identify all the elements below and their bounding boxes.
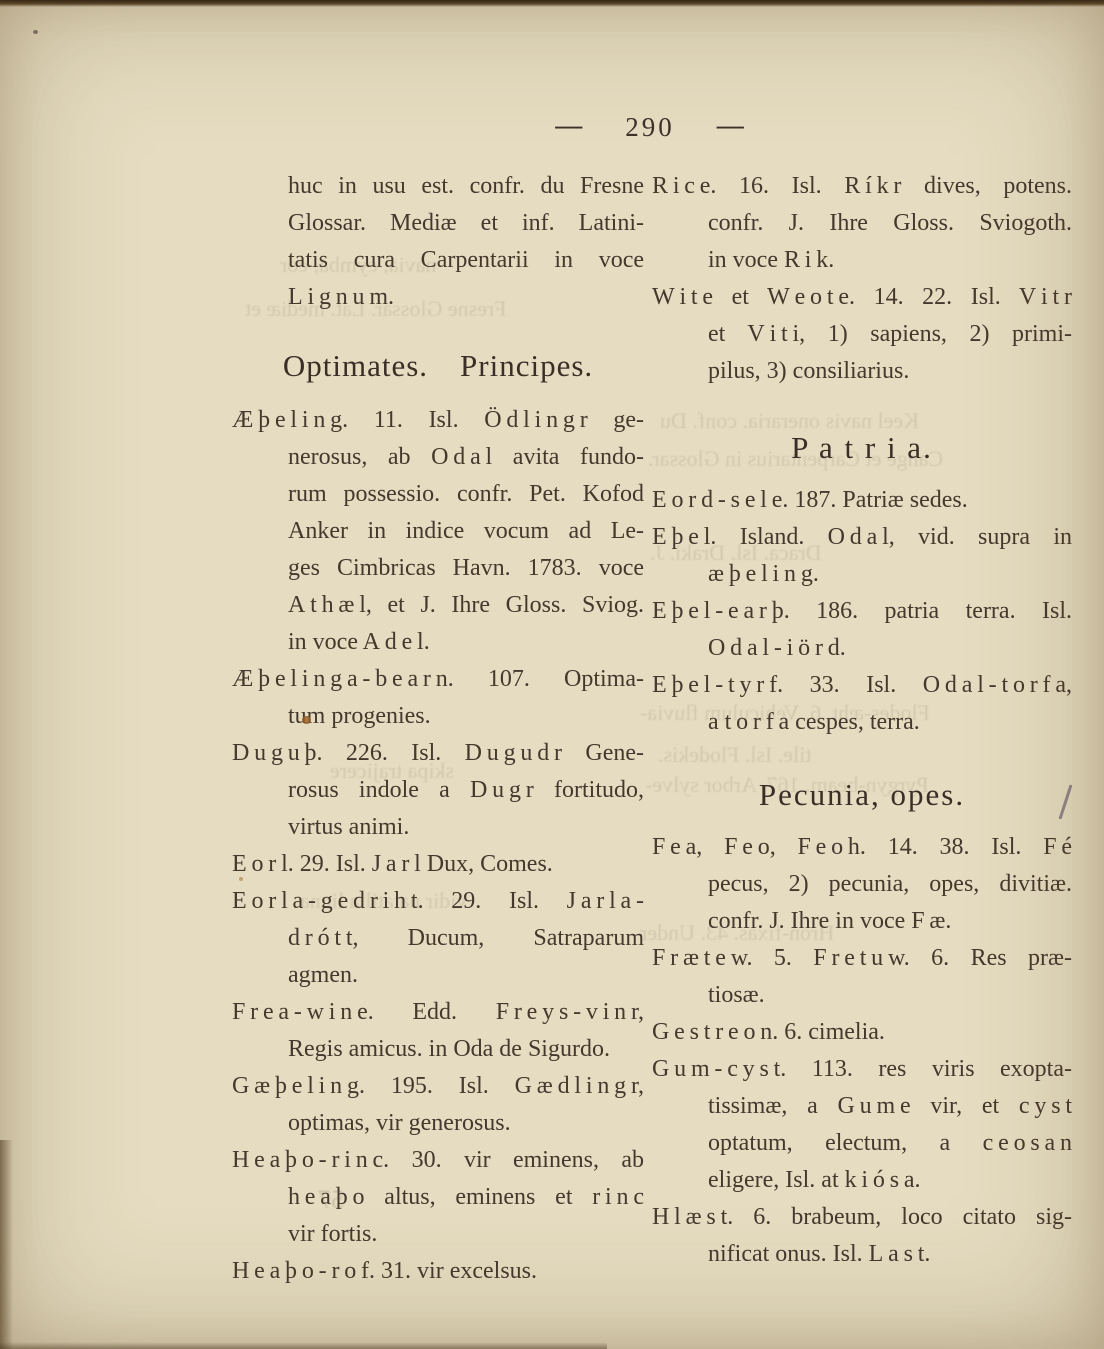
glossary-entry: G u m - c y s t. 113. res viris exopta-t… <box>652 1051 1072 1199</box>
entry-headword-line: Æ þ e l i n g a - b e a r n. 107. Optima… <box>232 661 644 698</box>
entry-continuation-line: et V i t i, 1) sapiens, 2) primi- <box>708 316 1072 353</box>
glossary-entry: G e s t r e o n. 6. cimelia. <box>652 1014 1072 1051</box>
right-column: R i c e. 16. Isl. R í k r dives, potens.… <box>652 168 1072 1273</box>
entry-continuation-line: optimas, vir generosus. <box>288 1105 644 1142</box>
entry-headword-line: E þ e l - t y r f. 33. Isl. O d a l - t … <box>652 667 1072 704</box>
entry-continuation-line: pilus, 3) consiliarius. <box>708 353 1072 390</box>
entry-headword-line: G e s t r e o n. 6. cimelia. <box>652 1014 1072 1051</box>
entry-headword-line: W i t e et W e o t e. 14. 22. Isl. V i t… <box>652 279 1072 316</box>
glossary-entry: E þ e l. Island. O d a l, vid. supra inæ… <box>652 519 1072 593</box>
glossary-entry: R i c e. 16. Isl. R í k r dives, potens.… <box>652 168 1072 279</box>
scan-left-edge <box>0 1140 13 1349</box>
entries-patria: E o r d - s e l e. 187. Patriæ sedes.E þ… <box>652 482 1072 741</box>
entry-continuation-line: confr. J. Ihre Gloss. Sviogoth. <box>708 205 1072 242</box>
section-heading-optimates: Optimates. Principes. <box>232 346 644 386</box>
text-line: Glossar. Mediæ et inf. Latini- <box>288 205 644 242</box>
text-line: tatis cura Carpentarii in voce <box>288 242 644 279</box>
scan-bottom-edge <box>0 1342 607 1349</box>
left-column: huc in usu est. confr. du FresneGlossar.… <box>232 168 644 1290</box>
entry-continuation-line: optatum, electum, a c e o s a n <box>708 1125 1072 1162</box>
entry-continuation-line: h e a þ o altus, eminens et r i n c <box>288 1179 644 1216</box>
glossary-entry: G æ þ e l i n g. 195. Isl. G æ d l i n g… <box>232 1068 644 1142</box>
entries-optimates: Æ þ e l i n g. 11. Isl. Ö d l i n g r ge… <box>232 402 644 1290</box>
carryover-paragraph: huc in usu est. confr. du FresneGlossar.… <box>232 168 644 316</box>
header-rule-left: — <box>555 110 583 141</box>
entry-continuation-line: O d a l - i ö r d. <box>708 630 1072 667</box>
entry-headword-line: R i c e. 16. Isl. R í k r dives, potens. <box>652 168 1072 205</box>
entry-continuation-line: æ þ e l i n g. <box>708 556 1072 593</box>
glossary-entry: E þ e l - t y r f. 33. Isl. O d a l - t … <box>652 667 1072 741</box>
entry-headword-line: F e a, F e o, F e o h. 14. 38. Isl. F é <box>652 829 1072 866</box>
entry-continuation-line: vir fortis. <box>288 1216 644 1253</box>
entry-continuation-line: agmen. <box>288 957 644 994</box>
entry-headword-line: E o r l. 29. Isl. J a r l Dux, Comes. <box>232 846 644 883</box>
entry-headword-line: H e a þ o - r i n c. 30. vir eminens, ab <box>232 1142 644 1179</box>
section-heading-pecunia: Pecunia, opes. <box>652 775 1072 815</box>
entry-continuation-line: rum possessio. confr. Pet. Kofod <box>288 476 644 513</box>
glossary-entry: W i t e et W e o t e. 14. 22. Isl. V i t… <box>652 279 1072 390</box>
page-header: —290— <box>440 112 860 143</box>
entry-continuation-line: confr. J. Ihre in voce F æ. <box>708 903 1072 940</box>
section-heading-patria: P a t r i a. <box>652 428 1072 468</box>
text-line: huc in usu est. confr. du Fresne <box>288 168 644 205</box>
page-number: 290 <box>625 112 675 142</box>
entry-headword-line: Æ þ e l i n g. 11. Isl. Ö d l i n g r ge… <box>232 402 644 439</box>
entry-continuation-line: tissimæ, a G u m e vir, et c y s t <box>708 1088 1072 1125</box>
entry-continuation-line: d r ó t t, Ducum, Satraparum <box>288 920 644 957</box>
entry-continuation-line: Anker in indice vocum ad Le- <box>288 513 644 550</box>
entry-continuation-line: nificat onus. Isl. L a s t. <box>708 1236 1072 1273</box>
entry-continuation-line: tiosæ. <box>708 977 1072 1014</box>
entries-pecunia: F e a, F e o, F e o h. 14. 38. Isl. F ép… <box>652 829 1072 1273</box>
glossary-entry: D u g u þ. 226. Isl. D u g u d r Gene-ro… <box>232 735 644 846</box>
entry-continuation-line: in voce R i k. <box>708 242 1072 279</box>
entry-headword-line: E þ e l - e a r þ. 186. patria terra. Is… <box>652 593 1072 630</box>
entry-continuation-line: pecus, 2) pecunia, opes, divitiæ. <box>708 866 1072 903</box>
header-rule-right: — <box>717 110 745 141</box>
entry-continuation-line: in voce A d e l. <box>288 624 644 661</box>
entry-continuation-line: a t o r f a cespes, terra. <box>708 704 1072 741</box>
paper-stain <box>302 716 311 724</box>
entry-headword-line: E þ e l. Island. O d a l, vid. supra in <box>652 519 1072 556</box>
glossary-entry: E o r l a - g e d r i h t. 29. Isl. J a … <box>232 883 644 994</box>
glossary-entry: H l æ s t. 6. brabeum, loco citato sig-n… <box>652 1199 1072 1273</box>
glossary-entry: F r e a - w i n e. Edd. F r e y s - v i … <box>232 994 644 1068</box>
entry-headword-line: G u m - c y s t. 113. res viris exopta- <box>652 1051 1072 1088</box>
entry-continuation-line: eligere, Isl. at k i ó s a. <box>708 1162 1072 1199</box>
entry-continuation-line: Regis amicus. in Oda de Sigurdo. <box>288 1031 644 1068</box>
paper-speck <box>239 877 243 881</box>
scan-top-edge <box>0 0 1104 7</box>
glossary-entry: E þ e l - e a r þ. 186. patria terra. Is… <box>652 593 1072 667</box>
entry-continuation-line: rosus indole a D u g r fortitudo, <box>288 772 644 809</box>
entry-headword-line: E o r d - s e l e. 187. Patriæ sedes. <box>652 482 1072 519</box>
entry-continuation-line: virtus animi. <box>288 809 644 846</box>
entry-continuation-line: tum progenies. <box>288 698 644 735</box>
entry-continuation-line: ges Cimbricas Havn. 1783. voce <box>288 550 644 587</box>
entry-continuation-line: A t h æ l, et J. Ihre Gloss. Sviog. <box>288 587 644 624</box>
glossary-entry: F e a, F e o, F e o h. 14. 38. Isl. F ép… <box>652 829 1072 940</box>
entries-continued: R i c e. 16. Isl. R í k r dives, potens.… <box>652 168 1072 390</box>
entry-headword-line: F r æ t e w. 5. F r e t u w. 6. Res præ- <box>652 940 1072 977</box>
glossary-entry: H e a þ o - r o f. 31. vir excelsus. <box>232 1253 644 1290</box>
glossary-entry: Æ þ e l i n g a - b e a r n. 107. Optima… <box>232 661 644 735</box>
entry-headword-line: F r e a - w i n e. Edd. F r e y s - v i … <box>232 994 644 1031</box>
entry-headword-line: H e a þ o - r o f. 31. vir excelsus. <box>232 1253 644 1290</box>
text-line: L i g n u m. <box>288 279 644 316</box>
entry-continuation-line: nerosus, ab O d a l avita fundo- <box>288 439 644 476</box>
entry-headword-line: G æ þ e l i n g. 195. Isl. G æ d l i n g… <box>232 1068 644 1105</box>
entry-headword-line: E o r l a - g e d r i h t. 29. Isl. J a … <box>232 883 644 920</box>
entry-headword-line: D u g u þ. 226. Isl. D u g u d r Gene- <box>232 735 644 772</box>
scanned-book-page: —290— huc in usu est. confr. du FresneGl… <box>0 0 1104 1349</box>
glossary-entry: F r æ t e w. 5. F r e t u w. 6. Res præ-… <box>652 940 1072 1014</box>
glossary-entry: H e a þ o - r i n c. 30. vir eminens, ab… <box>232 1142 644 1253</box>
glossary-entry: E o r d - s e l e. 187. Patriæ sedes. <box>652 482 1072 519</box>
entry-headword-line: H l æ s t. 6. brabeum, loco citato sig- <box>652 1199 1072 1236</box>
glossary-entry: Æ þ e l i n g. 11. Isl. Ö d l i n g r ge… <box>232 402 644 661</box>
paper-speck <box>33 30 38 34</box>
glossary-entry: E o r l. 29. Isl. J a r l Dux, Comes. <box>232 846 644 883</box>
